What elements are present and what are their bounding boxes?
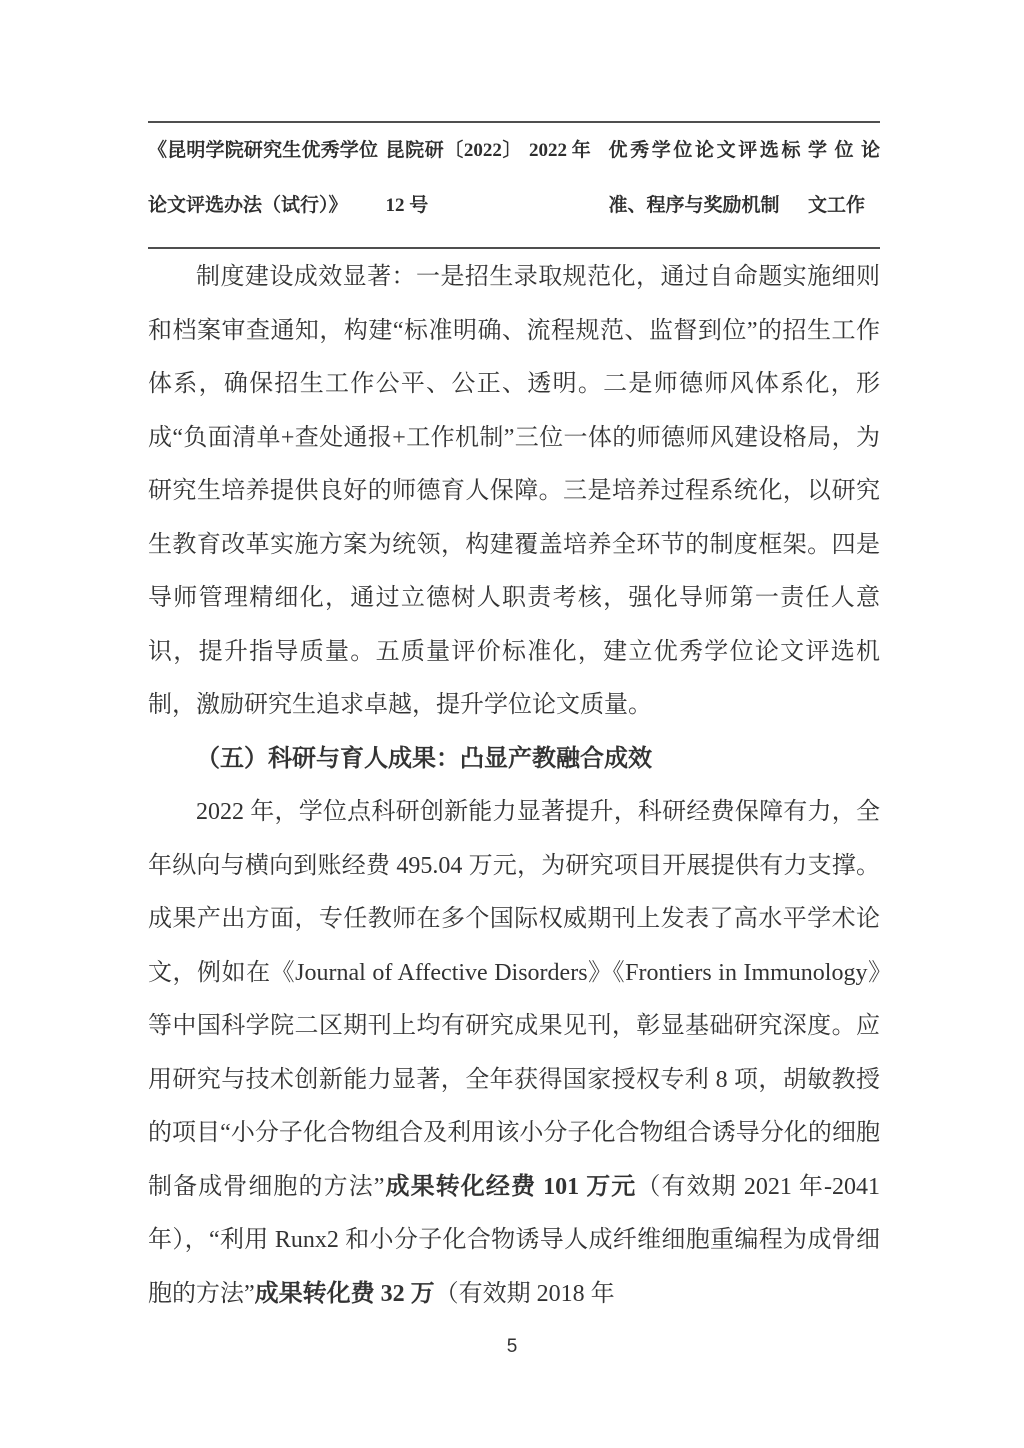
document-body: 制度建设成效显著：一是招生录取规范化，通过自命题实施细则和档案审查通知，构建“标… (148, 251, 880, 1321)
section-heading: （五）科研与育人成果：凸显产教融合成效 (148, 733, 880, 787)
text-run: 2022 年，学位点科研创新能力显著提升，科研经费保障有力，全年纵向与横向到账经… (148, 799, 880, 1200)
text-run-bold-conversion-fund-101: 成果转化经费 101 万元 (384, 1174, 636, 1200)
document-page: 《昆明学院研究生优秀学位论文评选办法（试行）》 昆院研〔2022〕12 号 20… (0, 0, 1024, 1448)
header-cell-category: 学位论文工作 (808, 123, 880, 233)
header-cell-document-number: 昆院研〔2022〕12 号 (386, 123, 522, 233)
text-run-bold-conversion-fee-32: 成果转化费 32 万 (255, 1281, 435, 1307)
text-run: （有效期 2018 年 (435, 1281, 615, 1307)
document-header-table: 《昆明学院研究生优秀学位论文评选办法（试行）》 昆院研〔2022〕12 号 20… (148, 121, 880, 249)
page-number: 5 (0, 1336, 1024, 1358)
header-cell-policy-title: 《昆明学院研究生优秀学位论文评选办法（试行）》 (148, 123, 378, 233)
paragraph-research-achievements: 2022 年，学位点科研创新能力显著提升，科研经费保障有力，全年纵向与横向到账经… (148, 786, 880, 1321)
paragraph-institution-building: 制度建设成效显著：一是招生录取规范化，通过自命题实施细则和档案审查通知，构建“标… (148, 251, 880, 733)
header-cell-year: 2022 年 (529, 123, 601, 233)
page-content: 《昆明学院研究生优秀学位论文评选办法（试行）》 昆院研〔2022〕12 号 20… (148, 0, 880, 1321)
header-cell-content-summary: 优秀学位论文评选标准、程序与奖励机制 (609, 123, 801, 233)
